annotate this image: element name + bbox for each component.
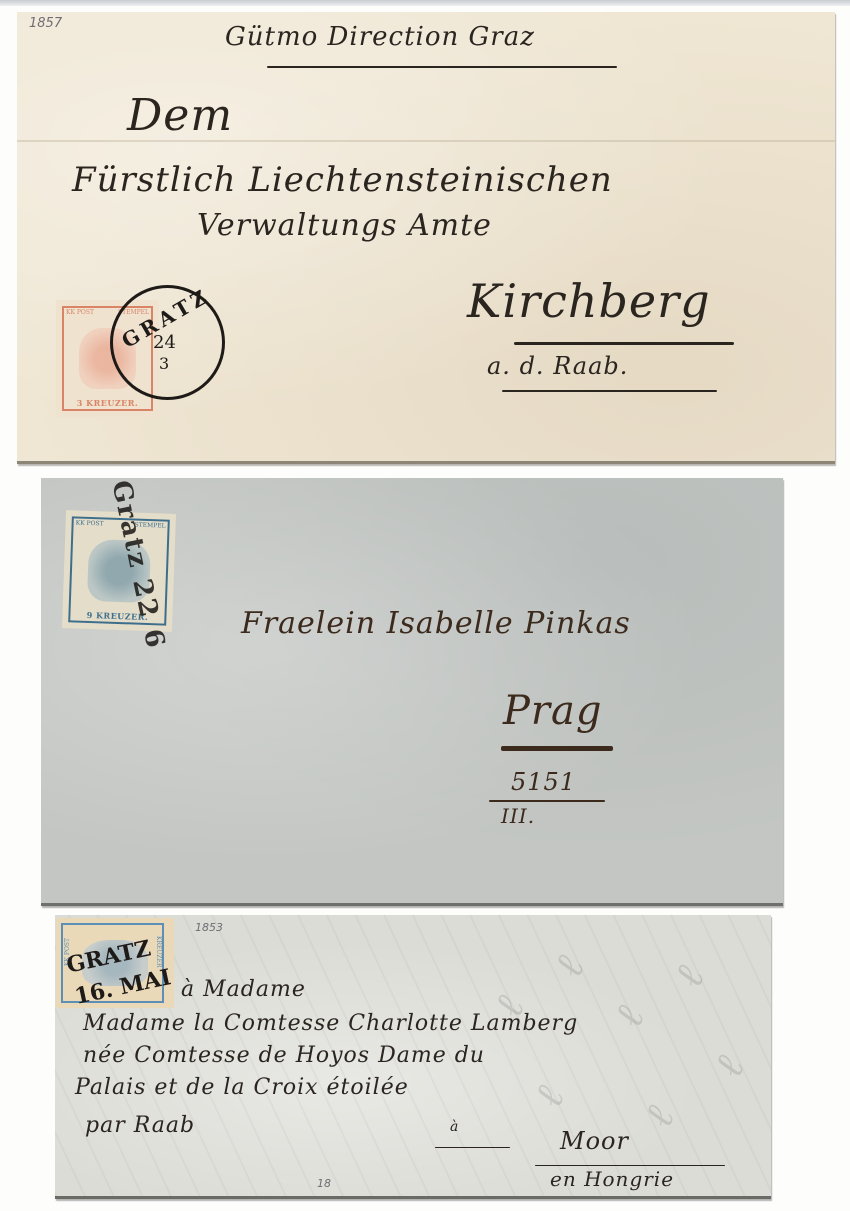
address-line-1: à Madame (181, 977, 306, 1002)
stamp-value: 3 KREUZER. (56, 398, 159, 408)
destination-underline (535, 1165, 725, 1166)
destination-sub: a. d. Raab. (487, 352, 628, 380)
number-underline (489, 800, 605, 802)
scan-top-edge (0, 0, 850, 6)
pencil-year: 1857 (29, 16, 62, 31)
stamp-label-left: KK POST (76, 519, 104, 527)
header-underline (267, 66, 617, 68)
address-line-5: par Raab (85, 1113, 195, 1138)
destination: Prag (503, 688, 603, 734)
address-line-3: Verwaltungs Amte (197, 208, 492, 243)
address-line-1: Dem (127, 90, 233, 141)
address-line-4: Palais et de la Croix étoilée (75, 1075, 409, 1100)
address-line-3: née Comtesse de Hoyos Dame du (83, 1043, 485, 1068)
header-line: Gütmo Direction Graz (225, 22, 535, 52)
pencil-number: 18 (317, 1177, 331, 1190)
address-line-2: Fürstlich Liechtensteinischen (72, 160, 613, 200)
a-underline (435, 1147, 510, 1148)
a-word: à (450, 1119, 459, 1135)
destination-sub-underline (502, 390, 717, 392)
postmark-month: 3 (159, 354, 169, 373)
stamp-side-label-right: KREUZER (155, 936, 162, 968)
destination-sub: en Hongrie (550, 1167, 674, 1191)
destination: Moor (560, 1127, 629, 1155)
addressee: Fraelein Isabelle Pinkas (241, 606, 631, 641)
gratz-circular-postmark: GRATZ 24 3 (110, 285, 225, 400)
reference-number: 5151 (511, 768, 576, 796)
destination-underline (514, 342, 734, 345)
address-line-2: Madame la Comtesse Charlotte Lamberg (83, 1011, 578, 1036)
destination: Kirchberg (467, 274, 711, 328)
destination-underline (501, 746, 613, 751)
pencil-year: 1853 (195, 921, 223, 934)
postmark-day: 24 (153, 332, 176, 353)
stamp-label-left: KK POST (66, 309, 94, 316)
sub-number: III. (501, 804, 535, 828)
